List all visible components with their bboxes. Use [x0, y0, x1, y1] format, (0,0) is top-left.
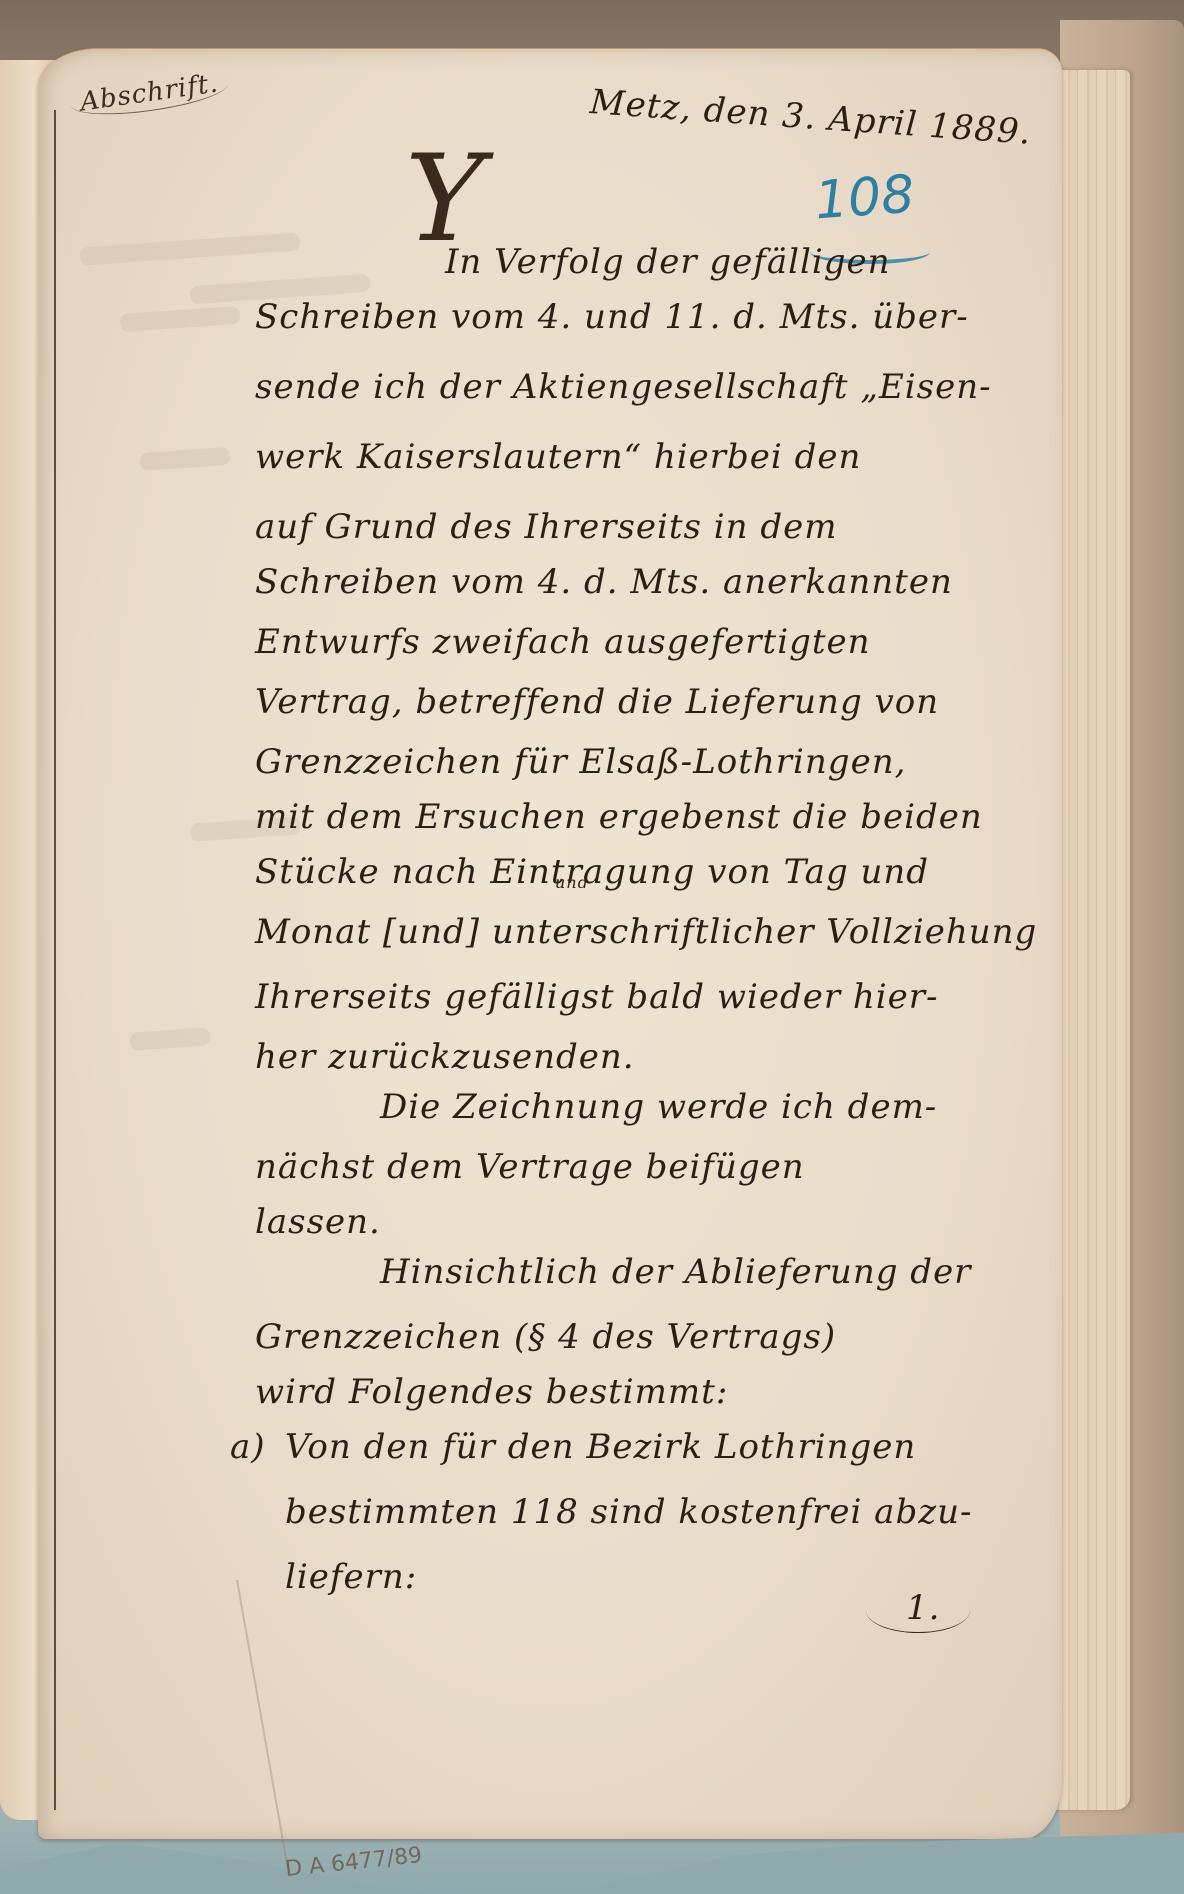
body-line-21: Von den für den Bezirk Lothringen [285, 1430, 916, 1464]
body-line-22: bestimmten 118 sind kostenfrei abzu- [285, 1495, 973, 1529]
body-line-15: Die Zeichnung werde ich dem- [380, 1090, 937, 1124]
body-line-9: Grenzzeichen für Elsaß-Lothringen, [255, 745, 906, 779]
list-marker-a: a) [230, 1430, 266, 1464]
interlinear-insertion: und [555, 873, 589, 892]
body-line-3: sende ich der Aktiengesellschaft „Eisen- [255, 370, 992, 404]
body-line-12: Monat [und] unterschriftlicher Vollziehu… [255, 915, 1037, 949]
body-line-7: Entwurfs zweifach ausgefertigten [255, 625, 871, 659]
body-line-10: mit dem Ersuchen ergebenst die beiden [255, 800, 983, 834]
body-line-20: wird Folgendes bestimmt: [255, 1375, 728, 1409]
body-line-19: Grenzzeichen (§ 4 des Vertrags) [255, 1320, 836, 1354]
body-line-11: Stücke nach Eintragung von Tag und [255, 855, 929, 889]
body-line-13: Ihrerseits gefälligst bald wieder hier- [255, 980, 939, 1014]
body-line-8: Vertrag, betreffend die Lieferung von [255, 685, 939, 719]
body-line-4: werk Kaiserslautern“ hierbei den [255, 440, 861, 474]
body-line-1: In Verfolg der gefälligen [445, 245, 891, 279]
body-line-2: Schreiben vom 4. und 11. d. Mts. über- [255, 300, 969, 334]
body-line-18: Hinsichtlich der Ablieferung der [380, 1255, 971, 1289]
body-line-23: liefern: [285, 1560, 417, 1594]
body-line-16: nächst dem Vertrage beifügen [255, 1150, 805, 1184]
body-line-5: auf Grund des Ihrerseits in dem [255, 510, 838, 544]
body-line-6: Schreiben vom 4. d. Mts. anerkannten [255, 565, 953, 599]
binding-fold [54, 110, 56, 1810]
body-line-14: her zurückzusenden. [255, 1040, 635, 1074]
page-signature: 1. [866, 1588, 970, 1633]
body-line-17: lassen. [255, 1205, 381, 1239]
folio-number: 108 [813, 165, 916, 232]
